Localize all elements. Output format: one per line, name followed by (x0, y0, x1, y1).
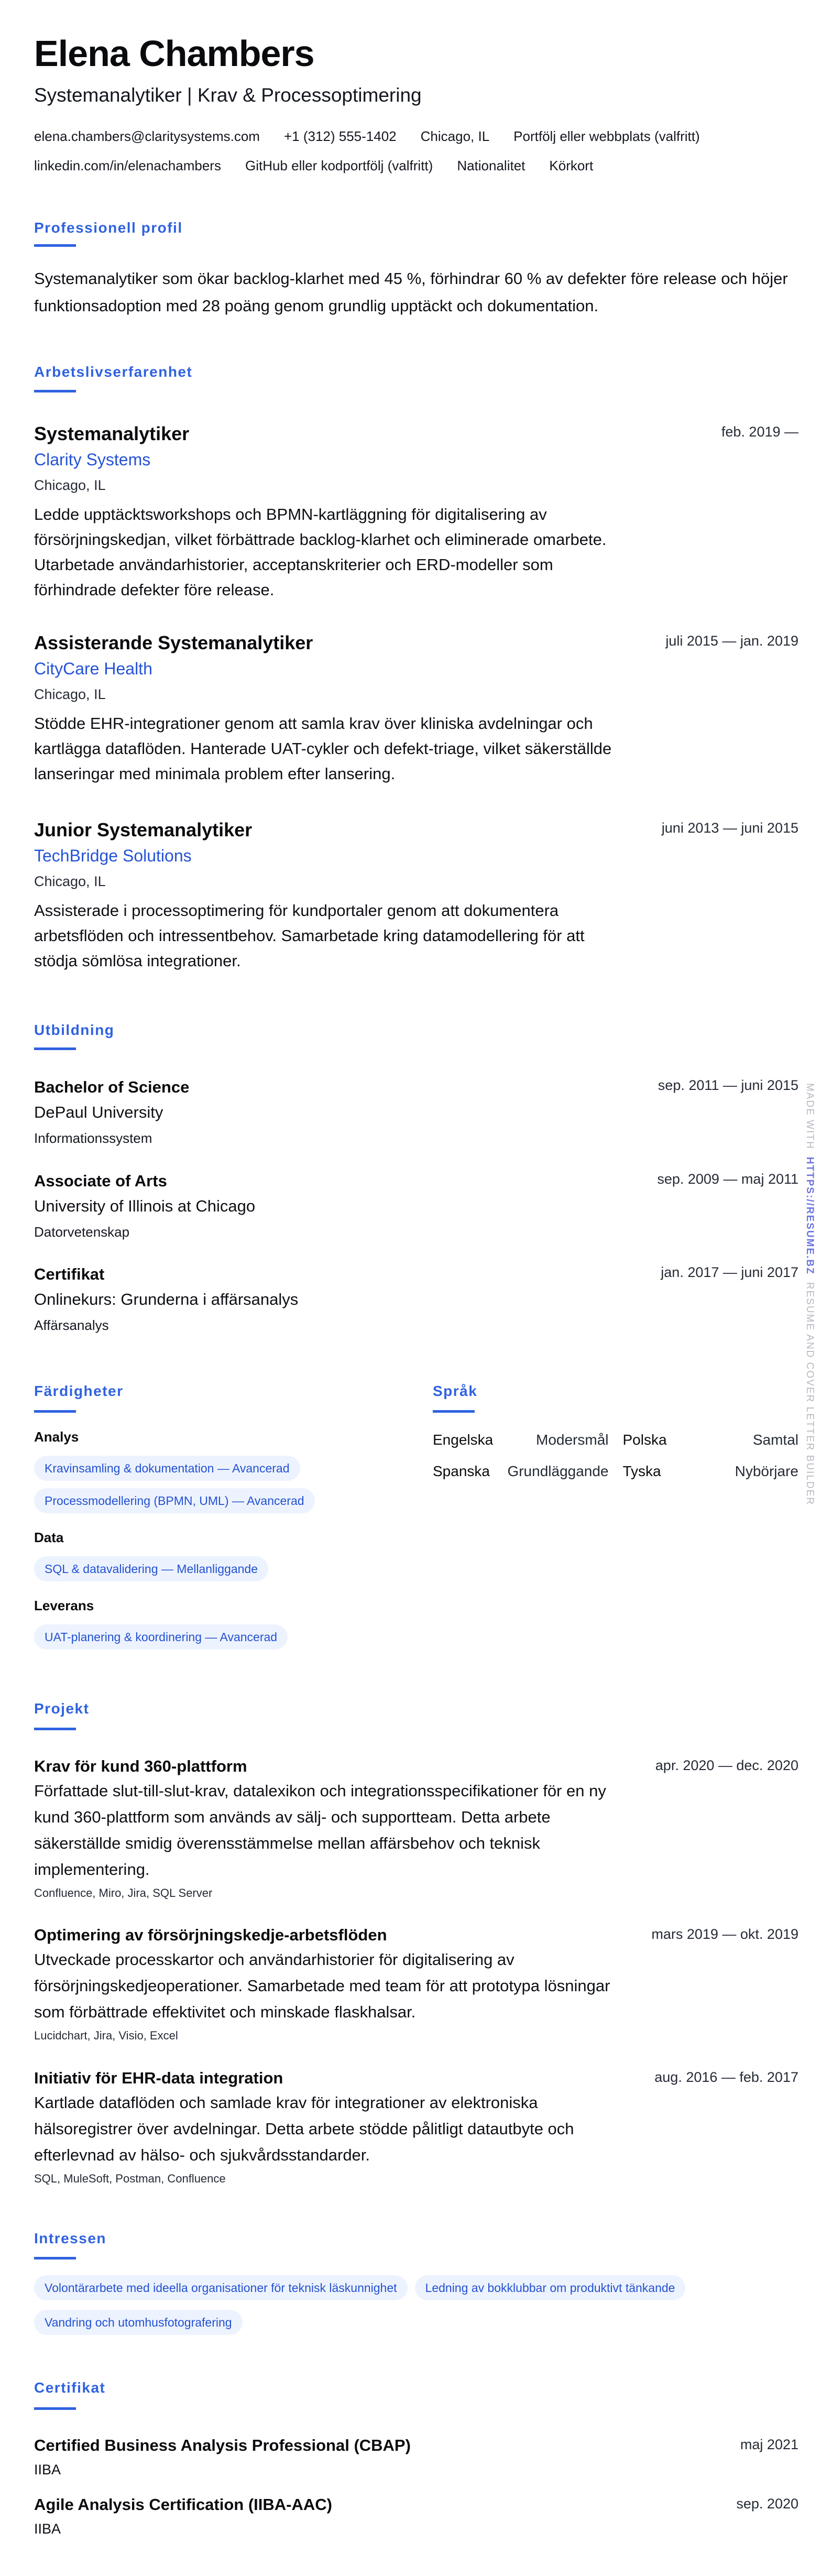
section-rule (433, 1410, 475, 1413)
education-dates: sep. 2009 — maj 2011 (657, 1169, 798, 1189)
experience-item: feb. 2019 — Systemanalytiker Clarity Sys… (34, 421, 798, 603)
interests-list: Volontärarbete med ideella organisatione… (34, 2275, 798, 2344)
language-level: Nybörjare (735, 1463, 798, 1480)
skill-chip: UAT-planering & koordinering — Avancerad (34, 1624, 288, 1650)
project-dates: aug. 2016 — feb. 2017 (654, 2067, 798, 2088)
watermark: Made withhttps://resume.bzResume and cov… (804, 1083, 815, 1505)
contact-row-2: linkedin.com/in/elenachambers GitHub ell… (34, 157, 593, 174)
education-item: sep. 2011 — juni 2015 Bachelor of Scienc… (34, 1075, 798, 1151)
project-description: Författade slut-till-slut-krav, datalexi… (34, 1778, 626, 1883)
experience-description: Stödde EHR-integrationer genom att samla… (34, 711, 626, 787)
project-tech: SQL, MuleSoft, Postman, Confluence (34, 2168, 798, 2189)
experience-company: TechBridge Solutions (34, 843, 798, 869)
language-name: Engelska (433, 1432, 493, 1448)
contact-location: Chicago, IL (421, 127, 490, 145)
experience-location: Chicago, IL (34, 682, 798, 707)
candidate-name: Elena Chambers (34, 32, 314, 74)
project-item: apr. 2020 — dec. 2020 Krav för kund 360-… (34, 1755, 798, 1904)
section-rule (34, 244, 76, 247)
section-rule (34, 1047, 76, 1050)
skill-category: Data (34, 1527, 401, 1548)
project-dates: apr. 2020 — dec. 2020 (655, 1755, 798, 1776)
project-item: aug. 2016 — feb. 2017 Initiativ för EHR-… (34, 2067, 798, 2189)
education-dates: jan. 2017 — juni 2017 (661, 1262, 798, 1283)
profile-summary: Systemanalytiker som ökar backlog-klarhe… (34, 265, 798, 320)
section-title-languages: Språk (433, 1382, 477, 1400)
skill-chip: Kravinsamling & dokumentation — Avancera… (34, 1456, 300, 1481)
section-title-interests: Intressen (34, 2230, 106, 2247)
skill-chip: Processmodellering (BPMN, UML) — Avancer… (34, 1488, 315, 1513)
experience-location: Chicago, IL (34, 869, 798, 894)
candidate-headline: Systemanalytiker | Krav & Processoptimer… (34, 84, 422, 107)
language-level: Samtal (753, 1432, 798, 1448)
experience-dates: juli 2015 — jan. 2019 (665, 630, 798, 651)
contact-nationality: Nationalitet (457, 157, 525, 174)
contact-email[interactable]: elena.chambers@claritysystems.com (34, 127, 260, 145)
education-school: DePaul University (34, 1100, 798, 1125)
experience-location: Chicago, IL (34, 473, 798, 498)
contact-row-1: elena.chambers@claritysystems.com +1 (31… (34, 127, 700, 145)
contact-linkedin[interactable]: linkedin.com/in/elenachambers (34, 157, 221, 174)
watermark-prefix: Made with (804, 1083, 815, 1150)
language-item: Polska Samtal (623, 1432, 799, 1448)
education-item: jan. 2017 — juni 2017 Certifikat Onlinek… (34, 1262, 798, 1338)
contact-drivers-license: Körkort (549, 157, 593, 174)
experience-item: juli 2015 — jan. 2019 Assisterande Syste… (34, 630, 798, 787)
certification-item: sep. 2020 Agile Analysis Certification (… (34, 2493, 798, 2541)
skill-chip: SQL & datavalidering — Mellanliggande (34, 1556, 268, 1581)
language-name: Tyska (623, 1463, 661, 1480)
skills-list: Analys Kravinsamling & dokumentation — A… (34, 1426, 401, 1650)
experience-dates: feb. 2019 — (721, 421, 798, 442)
language-item: Engelska Modersmål (433, 1432, 609, 1448)
interest-chip: Vandring och utomhusfotografering (34, 2310, 243, 2335)
project-dates: mars 2019 — okt. 2019 (651, 1924, 798, 1945)
education-field: Informationssystem (34, 1125, 798, 1151)
certification-date: maj 2021 (740, 2434, 798, 2455)
certification-name: Agile Analysis Certification (IIBA-AAC) (34, 2493, 798, 2516)
interest-chip: Volontärarbete med ideella organisatione… (34, 2275, 408, 2300)
language-item: Spanska Grundläggande (433, 1463, 609, 1480)
skill-category: Analys (34, 1426, 401, 1447)
experience-company: Clarity Systems (34, 446, 798, 473)
certification-name: Certified Business Analysis Professional… (34, 2434, 798, 2457)
certification-issuer: IIBA (34, 2516, 798, 2541)
section-title-certifications: Certifikat (34, 2379, 105, 2397)
section-title-experience: Arbetslivserfarenhet (34, 363, 192, 381)
education-school: University of Illinois at Chicago (34, 1194, 798, 1219)
section-rule (34, 1728, 76, 1730)
section-rule (34, 2257, 76, 2260)
contact-portfolio[interactable]: Portfölj eller webbplats (valfritt) (513, 127, 699, 145)
experience-dates: juni 2013 — juni 2015 (662, 817, 798, 838)
language-item: Tyska Nybörjare (623, 1463, 799, 1480)
education-item: sep. 2009 — maj 2011 Associate of Arts U… (34, 1169, 798, 1245)
experience-company: CityCare Health (34, 656, 798, 682)
contact-phone[interactable]: +1 (312) 555-1402 (284, 127, 397, 145)
skill-category: Leverans (34, 1595, 401, 1616)
experience-item: juni 2013 — juni 2015 Junior Systemanaly… (34, 817, 798, 974)
watermark-link[interactable]: https://resume.bz (804, 1157, 815, 1275)
section-title-skills: Färdigheter (34, 1382, 124, 1400)
project-tech: Confluence, Miro, Jira, SQL Server (34, 1883, 798, 1904)
education-school: Onlinekurs: Grunderna i affärsanalys (34, 1287, 798, 1312)
interest-chip: Ledning av bokklubbar om produktivt tänk… (415, 2275, 686, 2300)
section-rule (34, 390, 76, 392)
experience-description: Assisterade i processoptimering för kund… (34, 898, 626, 974)
certification-item: maj 2021 Certified Business Analysis Pro… (34, 2434, 798, 2482)
contact-github[interactable]: GitHub eller kodportfölj (valfritt) (245, 157, 433, 174)
section-rule (34, 2407, 76, 2410)
language-name: Spanska (433, 1463, 490, 1480)
education-field: Datorvetenskap (34, 1219, 798, 1245)
section-rule (34, 1410, 76, 1413)
language-level: Grundläggande (507, 1463, 608, 1480)
languages-list: Engelska Modersmål Polska Samtal Spanska… (433, 1424, 798, 1487)
language-name: Polska (623, 1432, 667, 1448)
experience-description: Ledde upptäcktsworkshops och BPMN-kartlä… (34, 502, 626, 603)
education-field: Affärsanalys (34, 1312, 798, 1338)
project-item: mars 2019 — okt. 2019 Optimering av förs… (34, 1924, 798, 2046)
section-title-education: Utbildning (34, 1021, 114, 1039)
project-description: Utveckade processkartor och användarhist… (34, 1947, 626, 2025)
education-dates: sep. 2011 — juni 2015 (658, 1075, 798, 1096)
experience-role: Systemanalytiker (34, 421, 798, 446)
certification-issuer: IIBA (34, 2457, 798, 2482)
language-level: Modersmål (536, 1432, 608, 1448)
project-tech: Lucidchart, Jira, Visio, Excel (34, 2025, 798, 2046)
watermark-suffix: Resume and cover letter builder (804, 1282, 815, 1505)
project-description: Kartlade dataflöden och samlade krav för… (34, 2090, 626, 2168)
section-title-profile: Professionell profil (34, 219, 183, 237)
section-title-projects: Projekt (34, 1700, 89, 1718)
certification-date: sep. 2020 (736, 2493, 798, 2514)
